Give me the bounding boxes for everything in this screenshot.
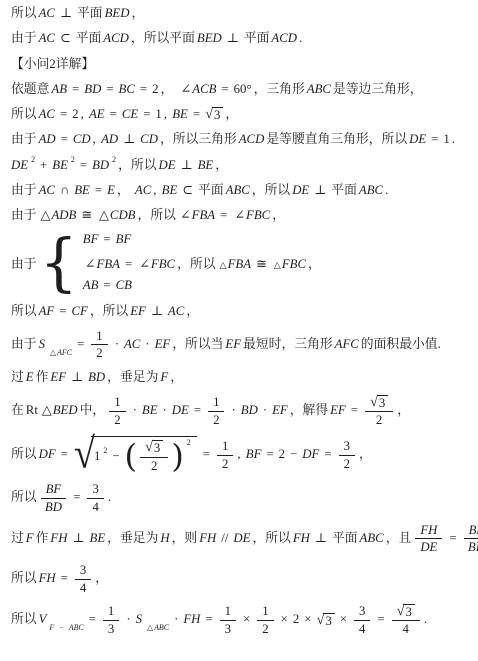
math-number: 2 xyxy=(293,612,299,626)
superscripted-expression: BE2 xyxy=(51,157,76,174)
math-operator: = xyxy=(61,132,68,146)
text: . xyxy=(108,490,111,504)
text: 由于 xyxy=(11,132,37,146)
text: 所以 xyxy=(11,490,37,504)
math-number: 4 xyxy=(80,581,86,595)
square-root-content: 3 xyxy=(212,107,223,122)
fraction: √32 xyxy=(365,394,393,427)
math-variable: H xyxy=(160,531,169,545)
math-variable: AFC xyxy=(335,337,359,351)
solution-line-4: 依题意AB=BD=BC=2， ∠ACB=60°，三角形ABC是等边三角形， xyxy=(10,81,472,98)
math-variable: AC xyxy=(168,304,184,318)
solution-line-6: 由于AD=CD, AD⊥CD，所以三角形ACD是等腰直角三角形，所以DE=1. xyxy=(10,131,472,148)
fraction: 32 xyxy=(339,439,355,471)
math-variable: CF xyxy=(71,304,87,318)
fraction-denominator: 2 xyxy=(212,412,220,428)
math-number: 2 xyxy=(152,82,158,96)
fraction: 12 xyxy=(208,395,224,427)
fraction-numerator: 1 xyxy=(91,329,107,346)
math-prefix-symbol: △ xyxy=(99,208,109,222)
solution-line-13: 过E作EF⊥BD，垂足为F， xyxy=(10,369,472,386)
square-root-content: 3 xyxy=(323,613,334,628)
math-number: 2 xyxy=(96,346,102,360)
text: 所以 xyxy=(11,304,37,318)
math-variable: AC xyxy=(39,6,55,20)
math-variable: BF xyxy=(46,482,62,496)
script-base: (√32) xyxy=(124,440,185,473)
text: ，所以 xyxy=(252,531,290,545)
math-operator: = xyxy=(205,612,212,626)
fraction-denominator: 4 xyxy=(402,621,410,637)
square-root: √3 xyxy=(205,107,223,122)
math-prefix-symbol: △ xyxy=(41,208,51,222)
fraction-numerator: FH xyxy=(415,523,442,540)
math-variable: BF xyxy=(246,447,262,461)
text: ， xyxy=(117,183,133,197)
square-root: √3 xyxy=(370,395,388,410)
square-root-content: 3 xyxy=(152,440,163,455)
superscripted-expression: 12 xyxy=(93,448,108,465)
math-operator: ⊥ xyxy=(72,531,84,545)
math-variable: ABC xyxy=(307,82,331,96)
math-variable: S xyxy=(136,612,142,626)
math-prefix-symbol: ∠ xyxy=(181,82,192,96)
text: 是等腰直角三角形，所以 xyxy=(266,132,407,146)
math-number: 2 xyxy=(262,622,268,636)
math-variable: FBC xyxy=(246,208,270,222)
math-variable: FBC xyxy=(282,257,306,271)
text: ，所以当 xyxy=(172,337,223,351)
math-number: 2 xyxy=(72,107,78,121)
math-operator: = xyxy=(61,571,68,585)
text: 最短时，三角形 xyxy=(243,337,333,351)
fraction-denominator: 2 xyxy=(113,412,121,428)
script-base: S xyxy=(38,336,46,353)
math-prefix-symbol: ∠ xyxy=(180,208,191,222)
math-variable: AC xyxy=(39,31,55,45)
math-variable: BF xyxy=(83,232,99,246)
fraction-denominator: 3 xyxy=(224,621,232,637)
math-variable: ADB xyxy=(51,208,76,222)
math-operator: = xyxy=(266,447,273,461)
math-number: 1 xyxy=(114,395,120,409)
script-base: BE xyxy=(51,157,69,174)
math-variable: FH xyxy=(50,531,67,545)
math-variable: BE xyxy=(198,158,214,172)
math-operator: ⊥ xyxy=(71,370,83,384)
fraction: 13 xyxy=(103,604,119,636)
math-operator: = xyxy=(73,490,80,504)
fraction: 12 xyxy=(257,604,273,636)
math-variable: BD xyxy=(88,370,105,384)
text: , xyxy=(164,107,170,121)
fraction-denominator: DE xyxy=(419,539,438,555)
fraction-numerator: 1 xyxy=(109,395,125,412)
math-variable: AC xyxy=(135,183,151,197)
math-number: 1 xyxy=(155,107,161,121)
math-number: 2 xyxy=(279,447,285,461)
math-variable: BD xyxy=(84,82,101,96)
math-number: 3 xyxy=(108,622,114,636)
text: 由于 xyxy=(11,337,37,351)
square-root: √3 xyxy=(145,440,163,455)
math-variable: EF xyxy=(155,337,171,351)
fraction: 34 xyxy=(87,482,103,514)
math-operator: · xyxy=(145,337,149,351)
text: ，所以平面 xyxy=(131,31,195,45)
math-operator: = xyxy=(72,82,79,96)
solution-line-11: 所以AF=CF，所以EF⊥AC， xyxy=(10,303,472,320)
fraction-denominator: 2 xyxy=(95,345,103,361)
math-variable: CD xyxy=(73,132,91,146)
text: , xyxy=(93,132,99,146)
math-variable: FH xyxy=(293,531,310,545)
math-operator: × xyxy=(243,612,250,626)
math-variable: AD xyxy=(101,132,118,146)
math-variable: EF xyxy=(272,403,288,417)
text: 过 xyxy=(11,531,24,545)
fraction-numerator: 1 xyxy=(217,439,233,456)
math-number: 2 xyxy=(151,459,157,473)
radical-content: 12−(√32)2 xyxy=(91,436,197,474)
math-operator: = xyxy=(221,82,228,96)
text: ，且 xyxy=(386,531,412,545)
document-body: 所以AC⊥平面BED，由于AC⊂平面ACD，所以平面BED⊥平面ACD.【小问2… xyxy=(0,0,478,653)
solution-line-12: 由于S△AFC=12·AC·EF，所以当EF最短时，三角形AFC的面积最小值. xyxy=(10,329,472,361)
math-upright: Rt xyxy=(26,403,38,417)
right-paren: ) xyxy=(171,444,183,470)
math-variable: V xyxy=(39,612,47,626)
text: ，所以 xyxy=(118,158,156,172)
math-variable: AFC xyxy=(57,348,72,357)
math-number: 2 xyxy=(31,155,35,164)
math-number: 3 xyxy=(92,482,98,496)
text: 在 xyxy=(11,403,24,417)
math-variable: BED xyxy=(53,403,78,417)
text: ，所以 xyxy=(177,257,215,271)
text: ， xyxy=(272,208,285,222)
math-operator: = xyxy=(220,208,227,222)
math-variable: AC xyxy=(39,183,55,197)
text: ， xyxy=(186,304,199,318)
math-operator: = xyxy=(59,304,66,318)
math-operator: × xyxy=(340,612,347,626)
math-variable: FBA xyxy=(97,257,120,271)
math-variable: AE xyxy=(89,107,105,121)
math-variable: BE xyxy=(162,183,178,197)
math-number: 2 xyxy=(344,457,350,471)
fraction: 12 xyxy=(217,439,233,471)
math-variable: BE xyxy=(90,531,106,545)
script-base: BD xyxy=(91,157,110,174)
text: 平面 xyxy=(332,531,358,545)
fraction-denominator: 2 xyxy=(150,458,158,474)
fraction: BFBD xyxy=(464,523,478,555)
math-prefix-symbol: △ xyxy=(50,348,56,357)
math-prefix-symbol: △ xyxy=(42,403,52,417)
math-variable: ABC xyxy=(360,531,384,545)
text: . xyxy=(424,612,427,626)
math-variable: DF xyxy=(39,447,56,461)
square-root-content: 3 xyxy=(403,604,414,619)
fraction-denominator: 4 xyxy=(79,580,87,596)
superscripted-expression: (√32)2 xyxy=(124,440,192,473)
math-variable: FBC xyxy=(151,257,175,271)
math-variable: FBA xyxy=(192,208,215,222)
fraction-numerator: √3 xyxy=(365,394,393,412)
math-variable: DE xyxy=(233,531,250,545)
math-operator: · xyxy=(174,612,178,626)
subscripted-expression: S△ABC xyxy=(135,611,170,628)
math-variable: BD xyxy=(45,500,62,514)
math-operator: × xyxy=(281,612,288,626)
math-operator: = xyxy=(95,183,102,197)
math-operator: × xyxy=(304,612,311,626)
math-number: 2 xyxy=(71,155,75,164)
math-operator: ⊂ xyxy=(60,31,71,45)
superscript: 2 xyxy=(70,156,76,164)
math-operator: = xyxy=(449,531,456,545)
math-variable: ACB xyxy=(192,82,216,96)
text: 平面 xyxy=(331,183,357,197)
text: 作 xyxy=(36,370,49,384)
text: ， xyxy=(170,370,183,384)
text: 平面 xyxy=(77,6,103,20)
text: 由于 xyxy=(11,257,37,271)
text: ， xyxy=(308,257,321,271)
solution-line-1: 所以AC⊥平面BED， xyxy=(10,5,472,22)
fraction-denominator: 2 xyxy=(343,456,351,472)
math-number: 1 xyxy=(108,604,114,618)
fraction-denominator: 4 xyxy=(358,621,366,637)
math-number: 1 xyxy=(443,132,449,146)
math-variable: ABC xyxy=(359,183,383,197)
math-operator: = xyxy=(103,232,110,246)
subscript: △ABC xyxy=(144,624,170,632)
math-variable: AF xyxy=(39,304,55,318)
text: ，三角形 xyxy=(254,82,305,96)
math-variable: S xyxy=(39,337,45,351)
math-variable: BED xyxy=(197,31,222,45)
math-variable: FH xyxy=(183,612,200,626)
text: ，垂足为 xyxy=(107,370,158,384)
math-prefix-symbol: ∠ xyxy=(234,208,245,222)
fraction: 12 xyxy=(109,395,125,427)
math-variable: ACD xyxy=(239,132,265,146)
math-variable: DE xyxy=(292,183,309,197)
math-small-triangle: △ xyxy=(219,260,226,270)
math-number: 2 xyxy=(376,413,382,427)
math-number: 1 xyxy=(225,604,231,618)
math-variable: AD xyxy=(39,132,56,146)
math-prefix-symbol: △ xyxy=(147,623,153,632)
math-operator: = xyxy=(110,107,117,121)
math-operator: = xyxy=(125,257,132,271)
math-operator: ⊥ xyxy=(227,31,239,45)
math-variable: FH xyxy=(39,571,56,585)
math-variable: DE xyxy=(11,158,28,172)
fraction-numerator: BF xyxy=(41,482,67,499)
math-variable: F xyxy=(160,370,168,384)
math-number: 2 xyxy=(187,438,191,447)
paren-content: √32 xyxy=(137,440,171,473)
solution-line-17: 过F作FH⊥BE，垂足为H，则FH//DE，所以FH⊥平面ABC，且FHDE=B… xyxy=(10,523,472,555)
math-variable: BE xyxy=(74,183,90,197)
text: , xyxy=(81,107,87,121)
text: 的面积最小值. xyxy=(361,337,441,351)
math-number: 3 xyxy=(225,622,231,636)
text: ，所以三角形 xyxy=(160,132,237,146)
text: 平面 xyxy=(76,31,102,45)
math-number: 3 xyxy=(325,614,331,628)
fraction: 12 xyxy=(91,329,107,361)
math-operator: = xyxy=(60,107,67,121)
math-variable: BF xyxy=(469,523,478,537)
math-number: 3 xyxy=(344,439,350,453)
math-operator: · xyxy=(115,337,119,351)
fraction-numerator: 1 xyxy=(208,395,224,412)
fraction-denominator: BD xyxy=(44,499,63,515)
fraction: 34 xyxy=(75,563,91,595)
text: 是等边三角形， xyxy=(333,82,423,96)
text: ， xyxy=(225,107,238,121)
math-variable: ABC xyxy=(226,183,250,197)
radical-sign-icon: √ xyxy=(74,436,95,473)
math-operator: ⊥ xyxy=(123,132,135,146)
math-operator: = xyxy=(324,447,331,461)
fraction-denominator: 3 xyxy=(107,621,115,637)
subscript: F−ABC xyxy=(48,624,84,632)
math-variable: CB xyxy=(116,278,132,292)
text: 所以 xyxy=(11,447,37,461)
math-number: 4 xyxy=(92,500,98,514)
text: ， xyxy=(95,571,108,585)
math-variable: EF xyxy=(130,304,146,318)
fraction-denominator: 2 xyxy=(261,621,269,637)
subscripted-expression: VF−ABC xyxy=(38,611,85,628)
text: ，解得 xyxy=(290,403,328,417)
fraction-denominator: 2 xyxy=(221,456,229,472)
text: 依题意 xyxy=(11,82,49,96)
text: , xyxy=(237,447,243,461)
superscript: 2 xyxy=(102,447,108,455)
math-operator: ⊥ xyxy=(315,531,327,545)
math-number: 2 xyxy=(103,446,107,455)
math-variable: BC xyxy=(119,82,135,96)
superscripted-expression: BD2 xyxy=(91,157,117,174)
parentheses: (√32) xyxy=(125,440,184,473)
math-variable: E xyxy=(107,183,115,197)
math-operator: = xyxy=(80,158,87,172)
math-variable: FBA xyxy=(228,257,251,271)
text: 平面 xyxy=(244,31,270,45)
fraction: √32 xyxy=(140,440,168,473)
math-operator: = xyxy=(193,107,200,121)
solution-line-2: 由于AC⊂平面ACD，所以平面BED⊥平面ACD. xyxy=(10,30,472,47)
solution-line-18: 所以FH=34， xyxy=(10,563,472,595)
math-variable: DE xyxy=(172,403,189,417)
math-number: 3 xyxy=(80,563,86,577)
math-operator: · xyxy=(126,612,130,626)
script-base: S xyxy=(135,611,143,628)
math-operator: // xyxy=(221,531,228,545)
math-variable: ACD xyxy=(271,31,297,45)
math-operator: · xyxy=(133,403,137,417)
text: 所以 xyxy=(11,571,37,585)
superscript: 2 xyxy=(30,156,36,164)
text: ， xyxy=(131,6,144,20)
left-paren: ( xyxy=(125,444,137,470)
fraction-denominator: BD xyxy=(467,539,478,555)
fraction-numerator: BF xyxy=(464,523,478,540)
text: . xyxy=(385,183,388,197)
solution-line-7: DE2+BE2=BD2，所以DE⊥BE， xyxy=(10,157,472,174)
text: 中， xyxy=(80,403,106,417)
text: ，所以 xyxy=(138,208,176,222)
math-prefix-symbol: ∠ xyxy=(85,257,96,271)
math-variable: BD xyxy=(468,540,478,554)
fraction-numerator: 1 xyxy=(103,604,119,621)
system-row: ∠FBA=∠FBC，所以△FBA≅△FBC， xyxy=(82,253,322,272)
square-root-content: 3 xyxy=(377,395,388,410)
math-variable: AC xyxy=(39,107,55,121)
math-number: 1 xyxy=(96,329,102,343)
math-operator: = xyxy=(61,447,68,461)
text: 由于 xyxy=(11,208,37,222)
fraction: √34 xyxy=(392,603,420,636)
solution-line-5: 所以AC=2, AE=CE=1, BE=√3， xyxy=(10,106,472,123)
script-base: V xyxy=(38,611,48,628)
text: 作 xyxy=(36,531,49,545)
math-number: 2 xyxy=(222,457,228,471)
math-number: 3 xyxy=(405,605,411,619)
text: 过 xyxy=(11,370,24,384)
fraction: FHDE xyxy=(415,523,442,555)
math-number: 4 xyxy=(359,622,365,636)
fraction-numerator: √3 xyxy=(140,440,168,458)
math-operator: ⊥ xyxy=(181,158,193,172)
math-operator: = xyxy=(431,132,438,146)
text: ，垂足为 xyxy=(107,531,158,545)
math-variable: BD xyxy=(92,158,109,172)
text: ， xyxy=(215,158,228,172)
text: ，则 xyxy=(172,531,198,545)
math-variable: FH xyxy=(199,531,216,545)
text: . xyxy=(299,31,302,45)
fraction-numerator: √3 xyxy=(392,603,420,621)
fraction: 34 xyxy=(354,604,370,636)
math-operator: = xyxy=(377,612,384,626)
superscript: 2 xyxy=(186,439,192,447)
math-variable: AB xyxy=(51,82,67,96)
math-variable: EF xyxy=(330,403,346,417)
superscript: 2 xyxy=(111,156,117,164)
math-operator: = xyxy=(140,82,147,96)
text: 平面 xyxy=(198,183,224,197)
math-variable: F xyxy=(26,531,34,545)
math-number: 2 xyxy=(112,155,116,164)
square-root: √3 xyxy=(397,604,415,619)
subscript: △AFC xyxy=(47,349,73,357)
math-variable: EF xyxy=(225,337,241,351)
math-variable: EF xyxy=(50,370,66,384)
text: 【小问2详解】 xyxy=(11,57,94,71)
math-operator: ⊥ xyxy=(151,304,163,318)
math-operator: ≅ xyxy=(256,257,267,271)
math-operator: = xyxy=(106,82,113,96)
math-variable: BE xyxy=(52,158,68,172)
math-variable: BF xyxy=(116,232,132,246)
